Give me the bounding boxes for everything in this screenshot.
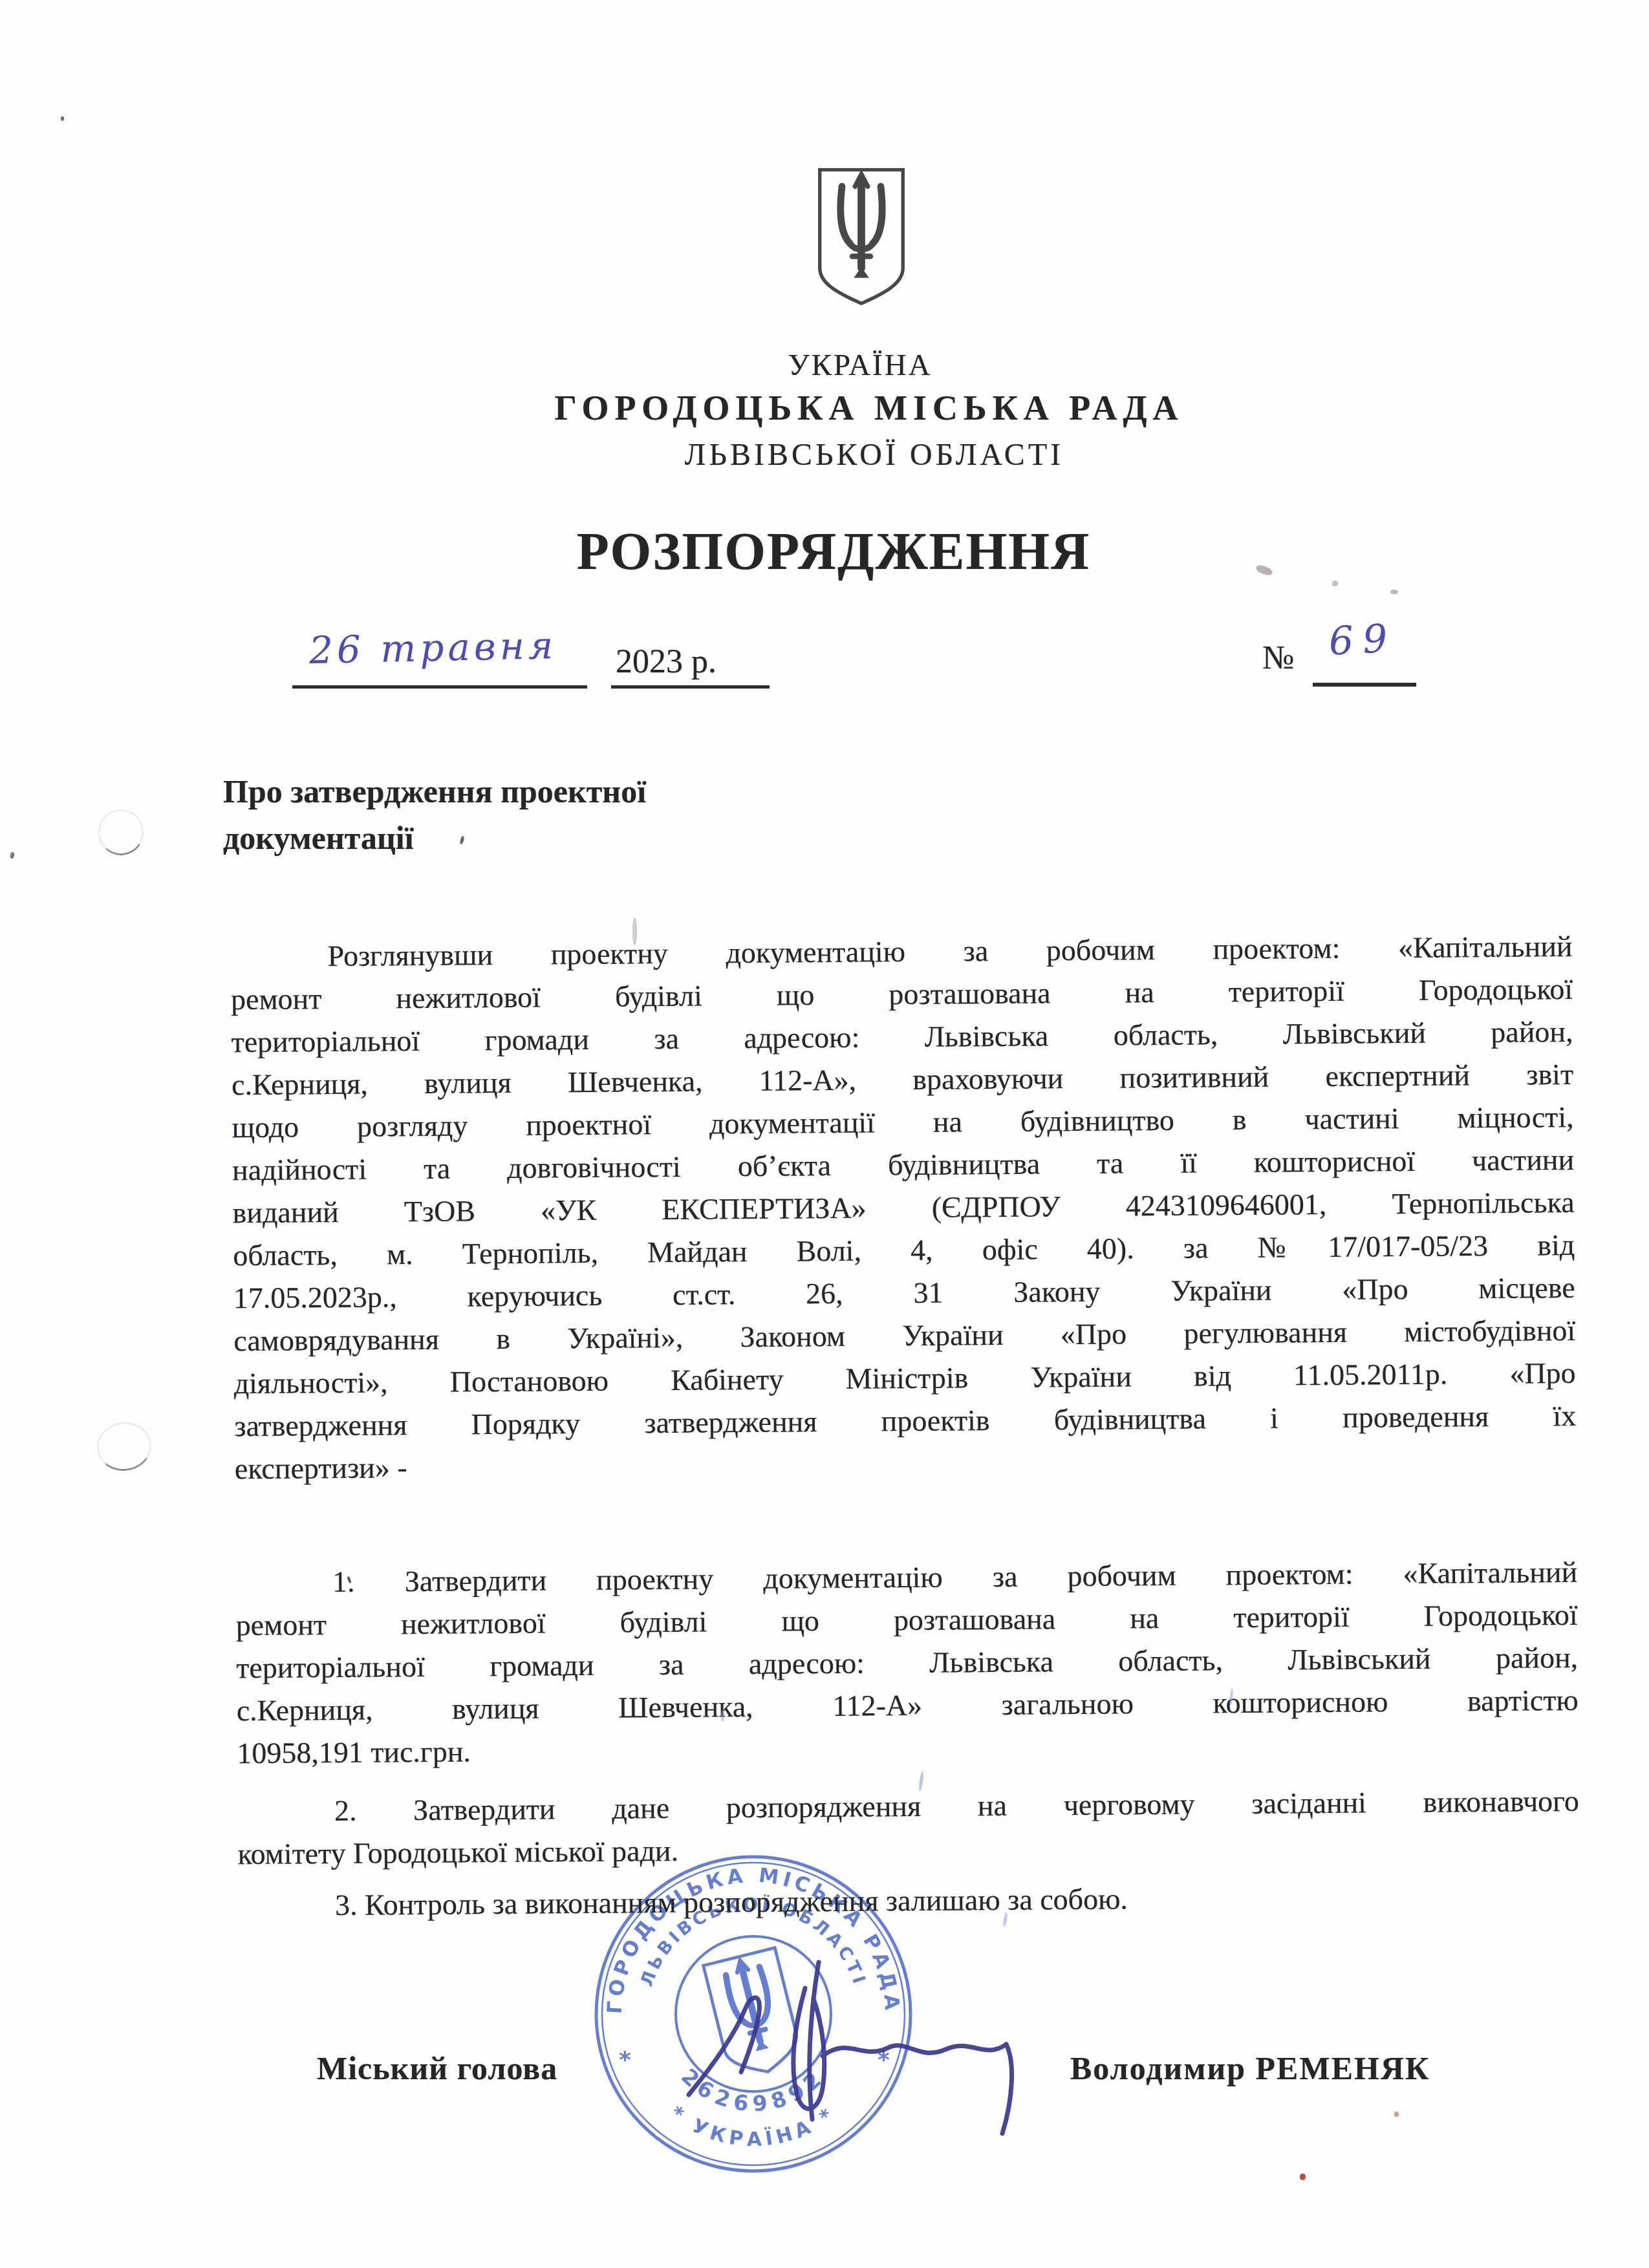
- number-sign: №: [1262, 639, 1295, 677]
- signer-name: Володимир РЕМЕНЯК: [1070, 2049, 1430, 2087]
- scan-speck: [10, 852, 15, 859]
- year-label: 2023 р.: [616, 643, 717, 681]
- main-paragraph: Розглянувши проектну документацію за роб…: [230, 925, 1577, 1490]
- country-title: УКРАЇНА: [788, 348, 932, 383]
- scan-speck: [1300, 2174, 1306, 2180]
- signer-position: Міський голова: [317, 2049, 557, 2087]
- number-underline: [1313, 683, 1416, 687]
- document-type-title: РОЗПОРЯДЖЕННЯ: [577, 521, 1090, 582]
- signature-stroke: [647, 1952, 1073, 2159]
- list-item-3: 3. Контроль за виконанням розпорядження …: [238, 1874, 1580, 1927]
- subject-line: документації: [223, 815, 646, 861]
- handwritten-number: 69: [1328, 615, 1397, 664]
- scan-ring-mark: [94, 1419, 155, 1475]
- list-item-2: 2. Затвердити дане розпорядження на черг…: [237, 1780, 1580, 1876]
- scan-speck: [61, 116, 64, 121]
- scan-speck: [1255, 564, 1274, 577]
- scan-speck: [632, 918, 637, 945]
- scan-speck: [1390, 590, 1398, 594]
- subject-line: Про затвердження проектної: [223, 768, 646, 815]
- scan-speck: [1332, 581, 1338, 586]
- date-underline: [292, 685, 587, 689]
- scan-speck: [1394, 2112, 1399, 2117]
- stamp-star-left: *: [619, 2047, 631, 2073]
- council-title: ГОРОДОЦЬКА МІСЬКА РАДА: [554, 388, 1183, 428]
- ink-smudge: [721, 1710, 724, 1722]
- ukraine-trident-emblem-icon: [813, 166, 910, 308]
- region-title: ЛЬВІВСЬКОЇ ОБЛАСТІ: [685, 437, 1064, 473]
- year-underline: [611, 685, 770, 689]
- text-line: 3. Контроль за виконанням розпорядження …: [238, 1874, 1580, 1927]
- document-page: УКРАЇНА ГОРОДОЦЬКА МІСЬКА РАДА ЛЬВІВСЬКО…: [0, 0, 1649, 2268]
- list-item-1: 1. Затвердити проектну документацію за р…: [235, 1551, 1579, 1775]
- scan-ring-mark: [95, 806, 146, 858]
- subject-block: Про затвердження проектної документації: [223, 768, 646, 861]
- handwritten-date: 26 травня: [308, 623, 557, 672]
